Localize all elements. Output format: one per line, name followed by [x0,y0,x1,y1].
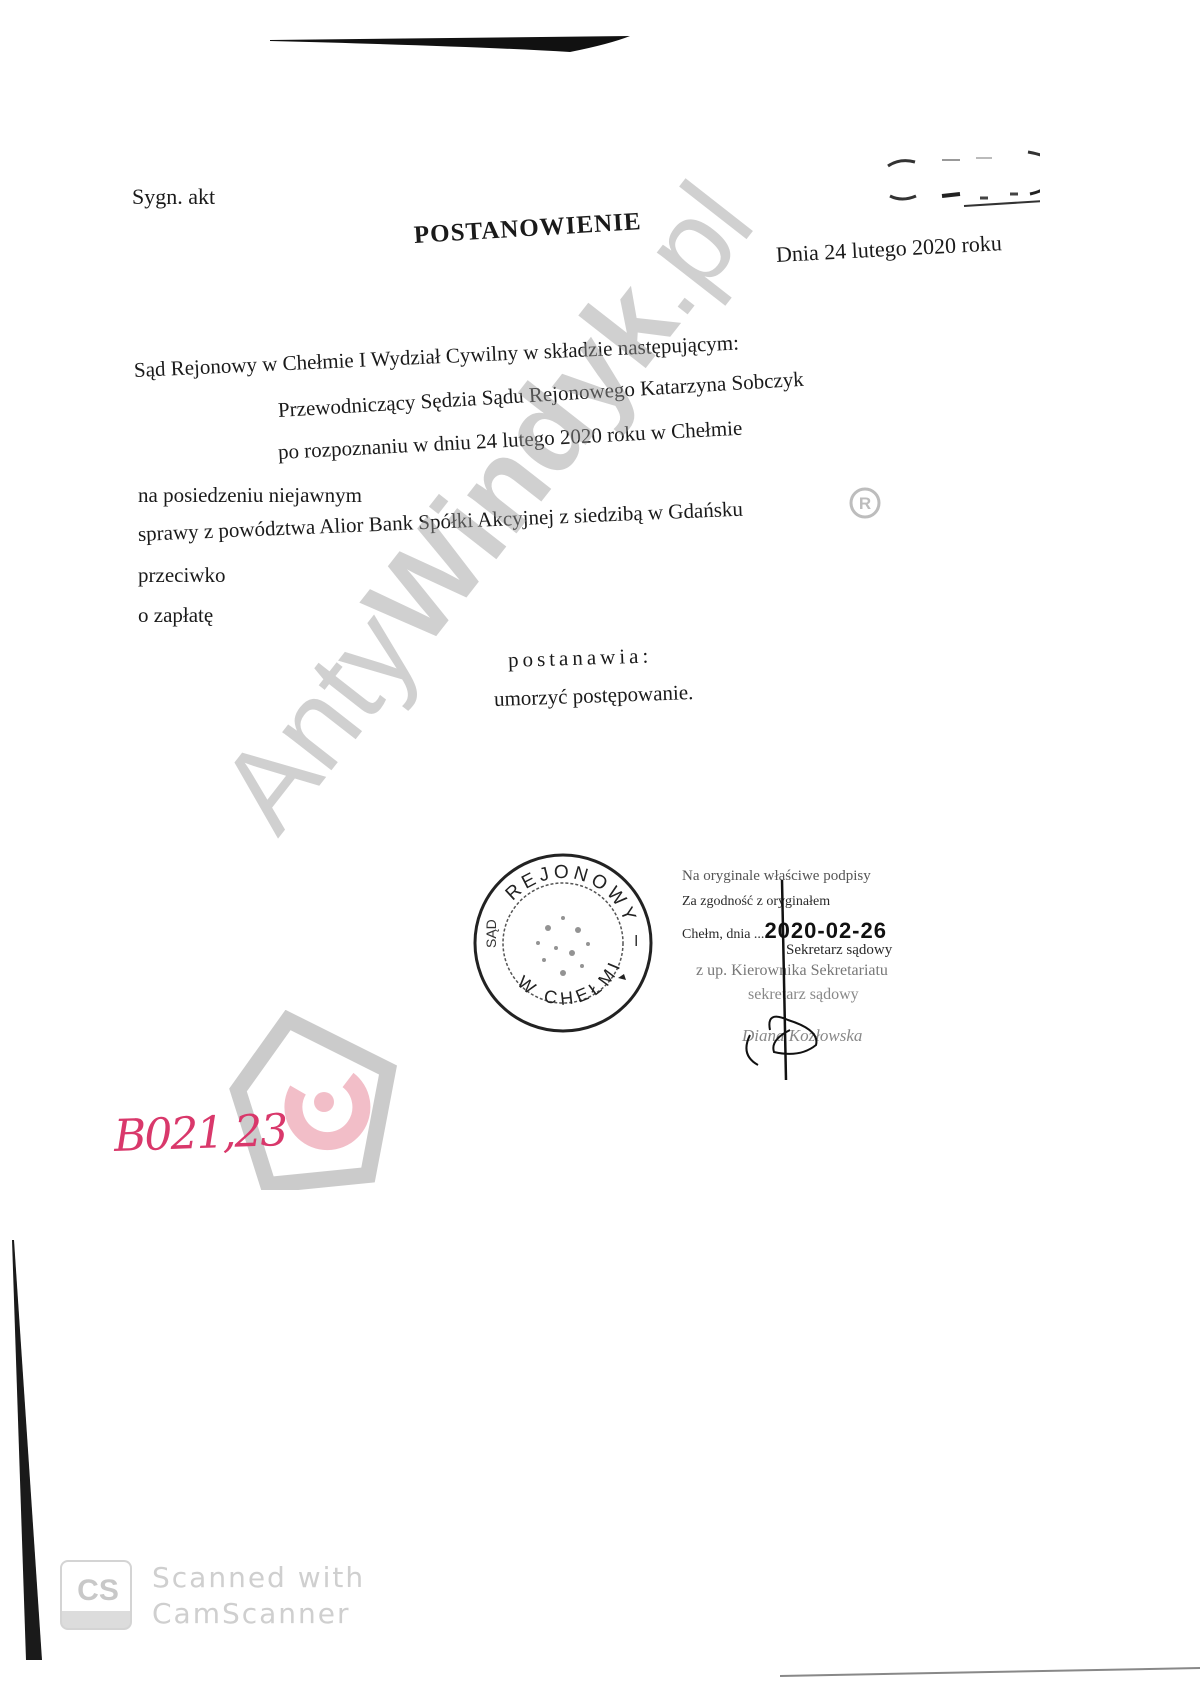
camscanner-line2: CamScanner [152,1596,365,1632]
svg-text:I: I [634,933,638,950]
session-type-line: na posiedzeniu niejawnym [138,483,362,508]
redacted-case-number-marks [880,138,1040,208]
defendant-line-redacted: przeciwko [138,563,225,588]
scan-streak-top [270,34,660,56]
scan-streak-left [8,1240,48,1660]
ruling-text: umorzyć postępowanie. [494,680,694,712]
registered-trademark-icon: R [848,486,882,520]
case-reference-label: Sygn. akt [132,184,215,210]
svg-text:REJONOWY: REJONOWY [502,862,641,928]
camscanner-line1: Scanned with [152,1560,365,1596]
camscanner-logo-icon: CS [60,1560,132,1630]
handwritten-signature [730,880,840,1080]
decides-label: postanawia: [508,643,653,673]
watermark-logo-icon [228,1010,398,1190]
court-seal-stamp: REJONOWY W CHEŁMIE SĄD I [468,848,658,1038]
svg-text:SĄD: SĄD [483,919,499,948]
claim-subject-line: o zapłatę [138,603,213,628]
svg-text:R: R [859,494,871,513]
scan-edge-bottom [780,1660,1200,1680]
handwritten-reference-note: B021,23 [113,1105,287,1162]
document-date: Dnia 24 lutego 2020 roku [775,230,1002,268]
